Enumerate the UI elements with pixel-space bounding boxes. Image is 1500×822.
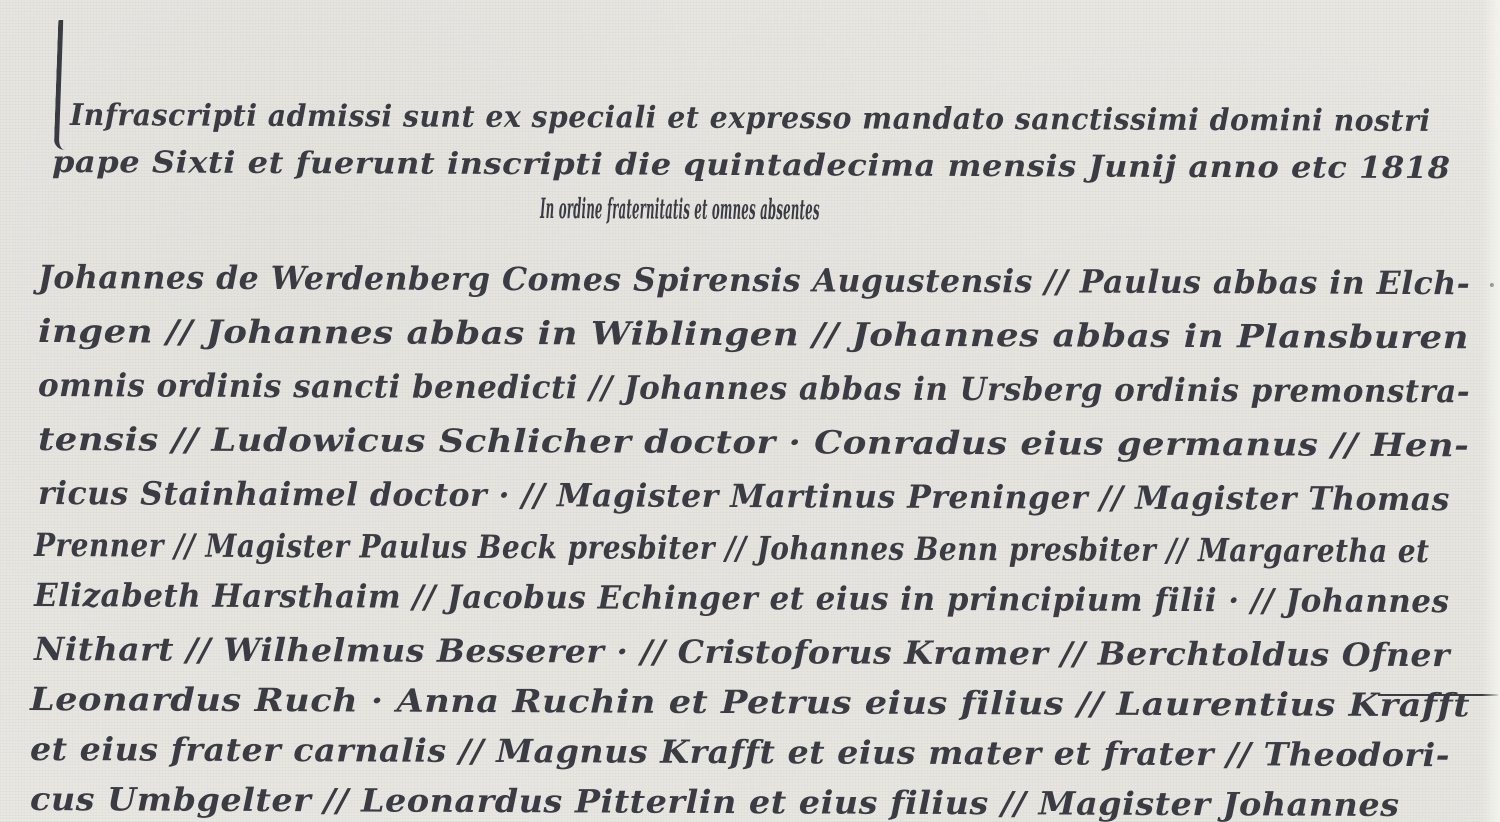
body-line-10: et eius frater carnalis // Magnus Krafft…	[30, 730, 1450, 774]
body-line-1: Johannes de Werdenberg Comes Spirensis A…	[38, 258, 1470, 302]
body-line-9: Leonardus Ruch · Anna Ruchin et Petrus e…	[30, 680, 1470, 724]
subheading-line: In ordine fraternitatis et omnes absente…	[540, 192, 820, 226]
body-line-6: Prenner // Magister Paulus Beck presbite…	[34, 526, 1430, 570]
body-line-8: Nithart // Wilhelmus Besserer · // Crist…	[34, 630, 1450, 674]
body-line-4: tensis // Ludowicus Schlicher doctor · C…	[38, 420, 1469, 464]
heading-line-2: pape Sixti et fuerunt inscripti die quin…	[52, 145, 1451, 186]
body-line-7: Elizabeth Harsthaim // Jacobus Echinger …	[34, 576, 1450, 620]
body-line-5: ricus Stainhaimel doctor · // Magister M…	[38, 474, 1450, 518]
initial-letter-I-stroke	[54, 20, 70, 150]
body-line-11: cus Umbgelter // Leonardus Pitterlin et …	[30, 780, 1400, 822]
ink-flourish-line	[1378, 694, 1498, 696]
page-right-edge	[1482, 0, 1500, 822]
heading-line-1: Infrascripti admissi sunt ex speciali et…	[70, 98, 1431, 139]
manuscript-page: Infrascripti admissi sunt ex speciali et…	[0, 0, 1500, 822]
body-line-2: ingen // Johannes abbas in Wiblingen // …	[38, 312, 1469, 356]
body-line-3: omnis ordinis sancti benedicti // Johann…	[38, 366, 1470, 410]
